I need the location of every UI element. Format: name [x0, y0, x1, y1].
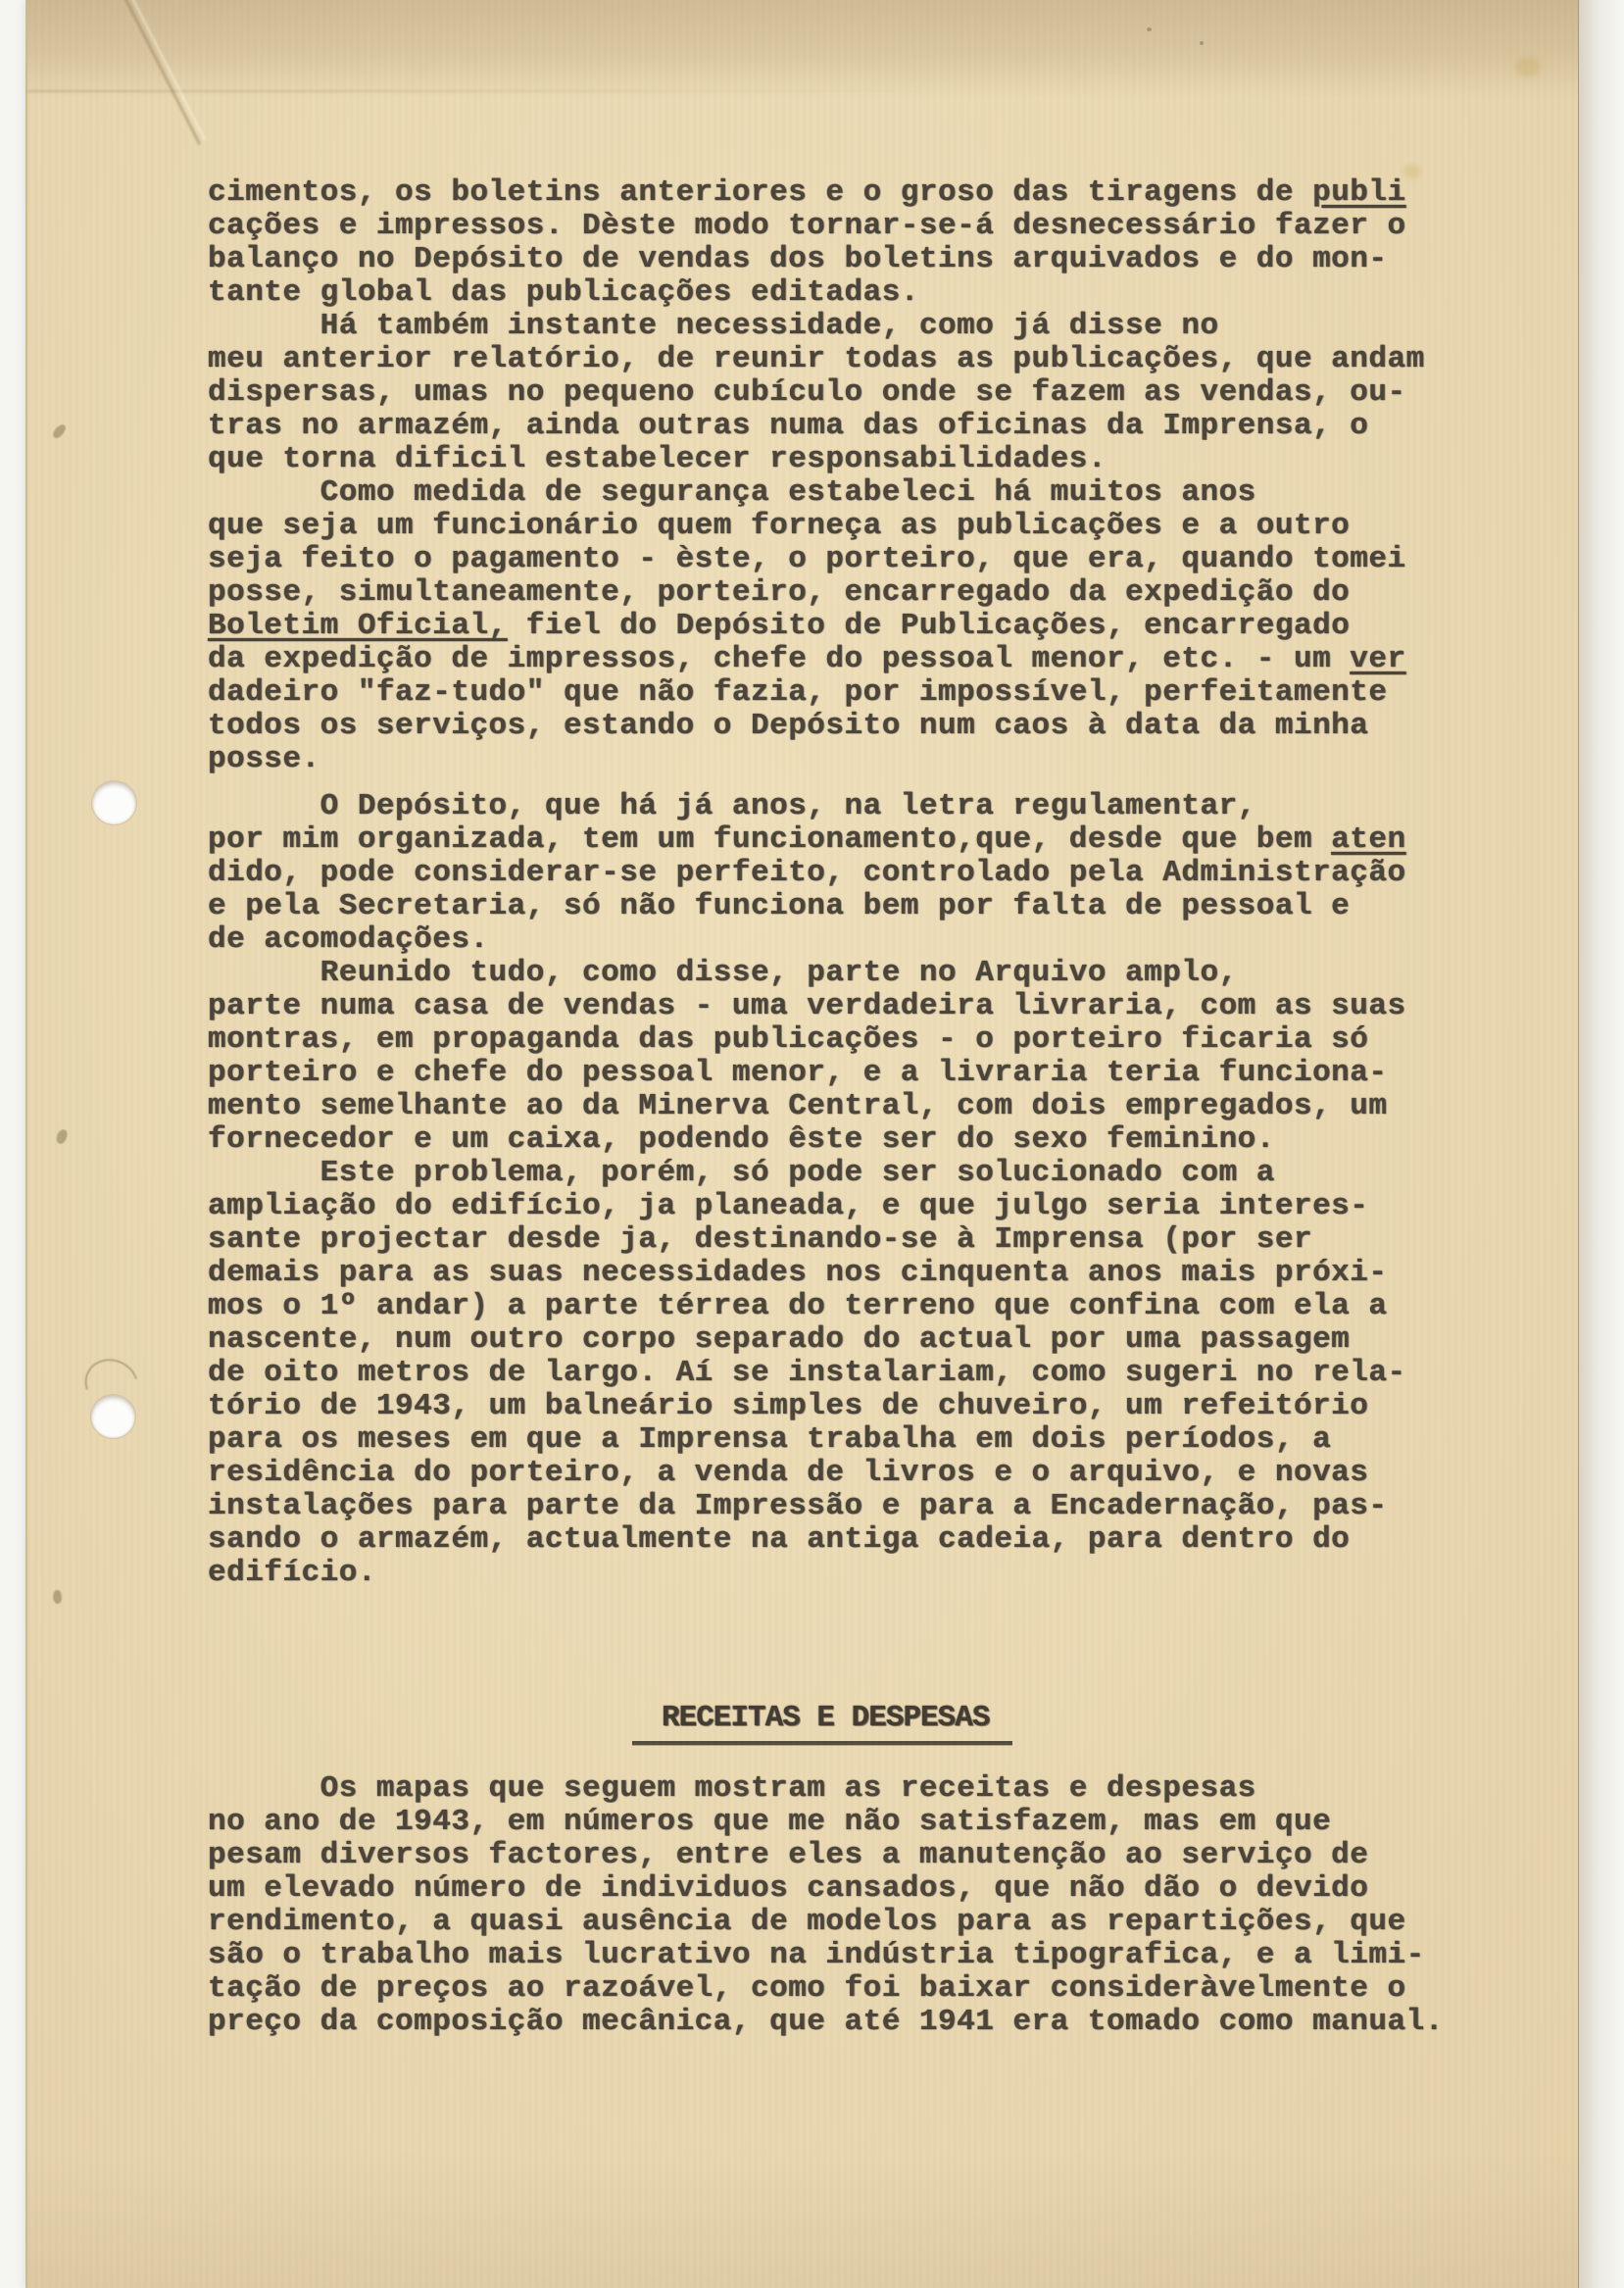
- text-segment: demais para as suas necessidades nos cin…: [208, 1256, 1388, 1290]
- text-line: O Depósito, que há já anos, na letra reg…: [208, 790, 1580, 823]
- text-segment: posse.: [208, 742, 320, 776]
- text-segment: de acomodações.: [208, 922, 489, 957]
- text-segment: edifício.: [208, 1556, 376, 1590]
- text-line: tação de preços ao razoável, como foi ba…: [208, 1972, 1580, 2006]
- text-line: que torna dificil estabelecer responsabi…: [208, 443, 1580, 476]
- paragraph: O Depósito, que há já anos, na letra reg…: [208, 790, 1580, 957]
- underlined-segment: aten: [1331, 822, 1405, 857]
- text-line: no ano de 1943, em números que me não sa…: [208, 1806, 1580, 1839]
- text-segment: fiel do Depósito de Publicações, encarre…: [508, 609, 1351, 643]
- text-line: dispersas, umas no pequeno cubículo onde…: [208, 376, 1580, 410]
- paragraph: Reunido tudo, como disse, parte no Arqui…: [208, 957, 1580, 1157]
- text-line: montras, em propaganda das publicações -…: [208, 1023, 1580, 1057]
- text-segment: para os meses em que a Imprensa trabalha…: [208, 1422, 1331, 1457]
- text-segment: residência do porteiro, a venda de livro…: [208, 1456, 1368, 1490]
- text-segment: tante global das publicações editadas.: [208, 275, 919, 310]
- text-line: de acomodações.: [208, 923, 1580, 957]
- text-segment: O Depósito, que há já anos, na letra reg…: [208, 789, 1256, 823]
- paper-speck: [51, 423, 68, 440]
- text-line: fornecedor e um caixa, podendo êste ser …: [208, 1123, 1580, 1157]
- text-line: um elevado número de individuos cansados…: [208, 1872, 1580, 1906]
- text-segment: montras, em propaganda das publicações -…: [208, 1022, 1368, 1057]
- bottom-edge-shadow: [27, 2151, 1578, 2288]
- text-segment: porteiro e chefe do pessoal menor, e a l…: [208, 1056, 1388, 1090]
- text-line: cações e impressos. Dèste modo tornar-se…: [208, 210, 1580, 243]
- text-segment: todos os serviços, estando o Depósito nu…: [208, 709, 1368, 743]
- text-line: pesam diversos factores, entre eles a ma…: [208, 1839, 1580, 1872]
- text-line: por mim organizada, tem um funcionamento…: [208, 823, 1580, 857]
- text-line: tório de 1943, um balneário simples de c…: [208, 1390, 1580, 1423]
- text-segment: nascente, num outro corpo separado do ac…: [208, 1322, 1350, 1357]
- text-line: instalações para parte da Impressão e pa…: [208, 1490, 1580, 1523]
- text-segment: dadeiro "faz-tudo" que não fazia, por im…: [208, 675, 1388, 710]
- text-segment: meu anterior relatório, de reunir todas …: [208, 342, 1425, 376]
- scanned-document-page: { "document": { "heading": "RECEITAS E D…: [0, 0, 1624, 2288]
- text-segment: cimentos, os boletins anteriores e o gro…: [208, 175, 1312, 210]
- text-line: de oito metros de largo. Aí se instalari…: [208, 1357, 1580, 1390]
- text-line: meu anterior relatório, de reunir todas …: [208, 343, 1580, 376]
- text-segment: pesam diversos factores, entre eles a ma…: [208, 1838, 1368, 1872]
- text-segment: preço da composição mecânica, que até 19…: [208, 2005, 1444, 2039]
- text-line: são o trabalho mais lucrativo na indústr…: [208, 1939, 1580, 1972]
- text-segment: dido, pode considerar-se perfeito, contr…: [208, 856, 1406, 890]
- text-line: porteiro e chefe do pessoal menor, e a l…: [208, 1057, 1580, 1090]
- text-line: tras no armazém, ainda outras numa das o…: [208, 410, 1580, 443]
- text-line: ampliação do edifício, ja planeada, e qu…: [208, 1190, 1580, 1223]
- stain: [1515, 57, 1541, 76]
- section-heading-row: RECEITAS E DESPESAS: [632, 1702, 1580, 1745]
- text-segment: seja feito o pagamento - èste, o porteir…: [208, 542, 1406, 576]
- text-segment: instalações para parte da Impressão e pa…: [208, 1489, 1388, 1523]
- text-segment: tação de preços ao razoável, como foi ba…: [208, 1971, 1406, 2006]
- document-body-lower: Os mapas que seguem mostram as receitas …: [208, 1772, 1580, 2039]
- text-segment: Reunido tudo, como disse, parte no Arqui…: [208, 956, 1238, 990]
- text-line: sando o armazém, actualmente na antiga c…: [208, 1523, 1580, 1557]
- text-segment: dispersas, umas no pequeno cubículo onde…: [208, 375, 1406, 410]
- hole-punch-top: [92, 781, 136, 824]
- text-line: preço da composição mecânica, que até 19…: [208, 2006, 1580, 2039]
- paper-speck: [55, 1128, 69, 1145]
- text-segment: que torna dificil estabelecer responsabi…: [208, 442, 1107, 476]
- text-segment: da expedição de impressos, chefe do pess…: [208, 642, 1350, 676]
- text-line: parte numa casa de vendas - uma verdadei…: [208, 990, 1580, 1023]
- text-segment: mento semelhante ao da Minerva Central, …: [208, 1089, 1388, 1123]
- text-line: nascente, num outro corpo separado do ac…: [208, 1323, 1580, 1357]
- text-line: demais para as suas necessidades nos cin…: [208, 1257, 1580, 1290]
- text-line: todos os serviços, estando o Depósito nu…: [208, 710, 1580, 743]
- paragraph: Há também instante necessidade, como já …: [208, 310, 1580, 476]
- text-segment: parte numa casa de vendas - uma verdadei…: [208, 989, 1406, 1023]
- typewritten-text: cimentos, os boletins anteriores e o gro…: [208, 176, 1580, 2039]
- paragraph: Este problema, porém, só pode ser soluci…: [208, 1157, 1580, 1590]
- paper-speck: [52, 1589, 63, 1604]
- text-line: posse, simultaneamente, porteiro, encarr…: [208, 576, 1580, 610]
- text-line: posse.: [208, 743, 1580, 776]
- text-segment: Como medida de segurança estabeleci há m…: [208, 475, 1256, 510]
- text-segment: são o trabalho mais lucrativo na indústr…: [208, 1938, 1425, 1972]
- text-segment: no ano de 1943, em números que me não sa…: [208, 1805, 1331, 1839]
- ink-dot: [1147, 27, 1152, 31]
- text-segment: Há também instante necessidade, como já …: [208, 309, 1219, 343]
- text-line: Há também instante necessidade, como já …: [208, 310, 1580, 343]
- text-segment: tório de 1943, um balneário simples de c…: [208, 1389, 1368, 1423]
- text-line: Os mapas que seguem mostram as receitas …: [208, 1772, 1580, 1806]
- top-crease-line: [27, 90, 927, 92]
- underlined-segment: publi: [1312, 175, 1406, 210]
- tear-mark: [76, 1350, 148, 1418]
- text-line: tante global das publicações editadas.: [208, 276, 1580, 310]
- text-segment: de oito metros de largo. Aí se instalari…: [208, 1356, 1406, 1390]
- text-segment: e pela Secretaria, só não funciona bem p…: [208, 889, 1350, 923]
- text-line: para os meses em que a Imprensa trabalha…: [208, 1423, 1580, 1457]
- ink-dot: [1200, 41, 1204, 45]
- text-segment: Este problema, porém, só pode ser soluci…: [208, 1156, 1275, 1190]
- paragraph: Como medida de segurança estabeleci há m…: [208, 476, 1580, 776]
- section-heading: RECEITAS E DESPESAS: [632, 1702, 1012, 1745]
- text-line: que seja um funcionário quem forneça as …: [208, 510, 1580, 543]
- document-body-upper: cimentos, os boletins anteriores e o gro…: [208, 176, 1580, 1590]
- text-line: dadeiro "faz-tudo" que não fazia, por im…: [208, 676, 1580, 710]
- text-segment: mos o 1º andar) a parte térrea do terren…: [208, 1289, 1388, 1323]
- text-segment: sando o armazém, actualmente na antiga c…: [208, 1522, 1350, 1557]
- text-segment: cações e impressos. Dèste modo tornar-se…: [208, 209, 1406, 243]
- text-segment: que seja um funcionário quem forneça as …: [208, 509, 1350, 543]
- scanner-background-right: [1579, 0, 1624, 2288]
- text-line: mento semelhante ao da Minerva Central, …: [208, 1090, 1580, 1123]
- text-line: da expedição de impressos, chefe do pess…: [208, 643, 1580, 676]
- paper-sheet: cimentos, os boletins anteriores e o gro…: [25, 0, 1581, 2288]
- text-segment: balanço no Depósito de vendas dos boleti…: [208, 242, 1388, 276]
- top-fold-shadow: [27, 0, 1578, 98]
- paragraph: Os mapas que seguem mostram as receitas …: [208, 1772, 1580, 2039]
- text-segment: ampliação do edifício, ja planeada, e qu…: [208, 1189, 1368, 1223]
- text-line: mos o 1º andar) a parte térrea do terren…: [208, 1290, 1580, 1323]
- text-line: Este problema, porém, só pode ser soluci…: [208, 1157, 1580, 1190]
- text-segment: tras no armazém, ainda outras numa das o…: [208, 409, 1368, 443]
- text-line: edifício.: [208, 1557, 1580, 1590]
- text-segment: sante projectar desde ja, destinando-se …: [208, 1222, 1312, 1257]
- text-line: cimentos, os boletins anteriores e o gro…: [208, 176, 1580, 210]
- underlined-segment: Boletim Oficial,: [208, 609, 508, 643]
- text-segment: por mim organizada, tem um funcionamento…: [208, 822, 1331, 857]
- text-line: Reunido tudo, como disse, parte no Arqui…: [208, 957, 1580, 990]
- text-segment: Os mapas que seguem mostram as receitas …: [208, 1771, 1256, 1806]
- text-segment: posse, simultaneamente, porteiro, encarr…: [208, 575, 1350, 610]
- text-line: e pela Secretaria, só não funciona bem p…: [208, 890, 1580, 923]
- text-line: Boletim Oficial, fiel do Depósito de Pub…: [208, 610, 1580, 643]
- text-line: sante projectar desde ja, destinando-se …: [208, 1223, 1580, 1257]
- text-line: balanço no Depósito de vendas dos boleti…: [208, 243, 1580, 276]
- text-segment: fornecedor e um caixa, podendo êste ser …: [208, 1122, 1275, 1157]
- text-line: seja feito o pagamento - èste, o porteir…: [208, 543, 1580, 576]
- text-segment: um elevado número de individuos cansados…: [208, 1871, 1368, 1906]
- underlined-segment: ver: [1350, 642, 1405, 676]
- text-line: Como medida de segurança estabeleci há m…: [208, 476, 1580, 510]
- paragraph: cimentos, os boletins anteriores e o gro…: [208, 176, 1580, 310]
- text-line: rendimento, a quasi ausência de modelos …: [208, 1906, 1580, 1939]
- text-line: residência do porteiro, a venda de livro…: [208, 1457, 1580, 1490]
- text-segment: rendimento, a quasi ausência de modelos …: [208, 1905, 1406, 1939]
- text-line: dido, pode considerar-se perfeito, contr…: [208, 857, 1580, 890]
